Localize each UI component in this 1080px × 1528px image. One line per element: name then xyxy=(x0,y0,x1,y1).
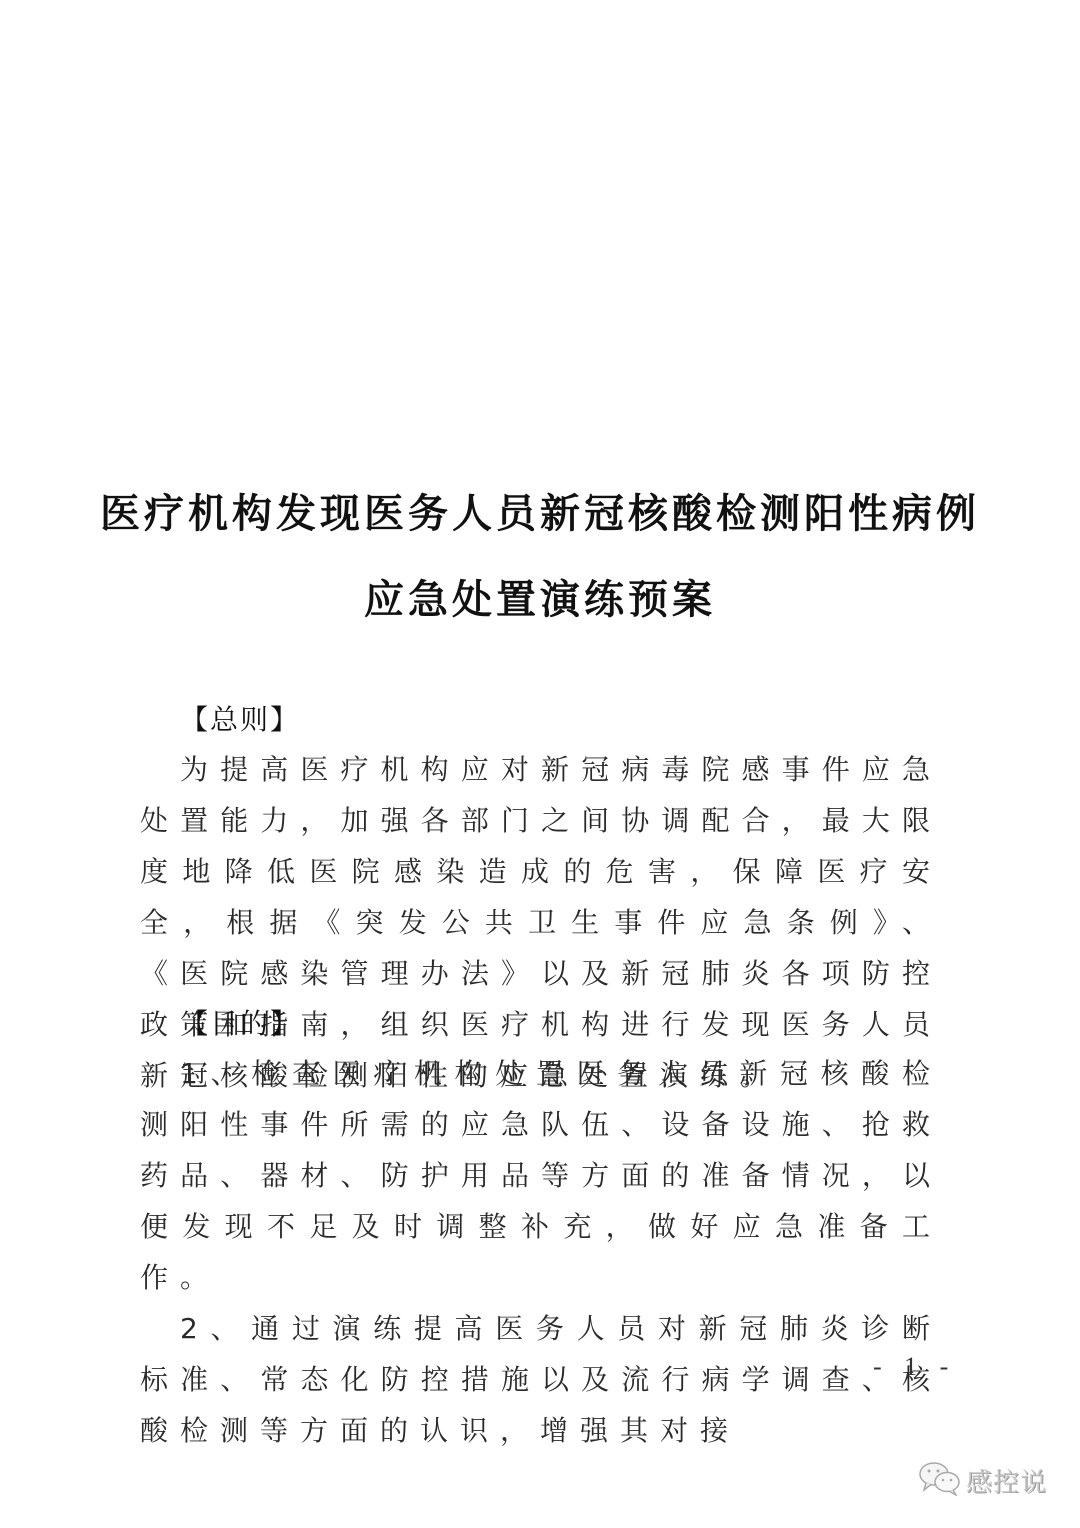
document-title-line-2: 应急处置演练预案 xyxy=(0,568,1080,625)
page-number: - 1 - xyxy=(873,1352,956,1382)
wechat-icon xyxy=(918,1460,962,1501)
paragraph-purpose-1: 1、检查医疗机构处置医务人员新冠核酸检测阳性事件所需的应急队伍、设备设施、抢救药… xyxy=(140,1048,942,1303)
watermark: 感控说 xyxy=(918,1460,1047,1501)
section-heading-purpose: 【目的】 xyxy=(180,1002,300,1042)
document-page: 医疗机构发现医务人员新冠核酸检测阳性病例 应急处置演练预案 【总则】 为提高医疗… xyxy=(0,0,1080,1528)
paragraph-purpose-2: 2、通过演练提高医务人员对新冠肺炎诊断标准、常态化防控措施以及流行病学调查、核酸… xyxy=(140,1303,942,1456)
section-heading-general: 【总则】 xyxy=(180,698,300,738)
section-body-purpose: 1、检查医疗机构处置医务人员新冠核酸检测阳性事件所需的应急队伍、设备设施、抢救药… xyxy=(140,1048,942,1456)
watermark-text: 感控说 xyxy=(966,1462,1047,1499)
document-title-line-1: 医疗机构发现医务人员新冠核酸检测阳性病例 xyxy=(0,482,1080,539)
